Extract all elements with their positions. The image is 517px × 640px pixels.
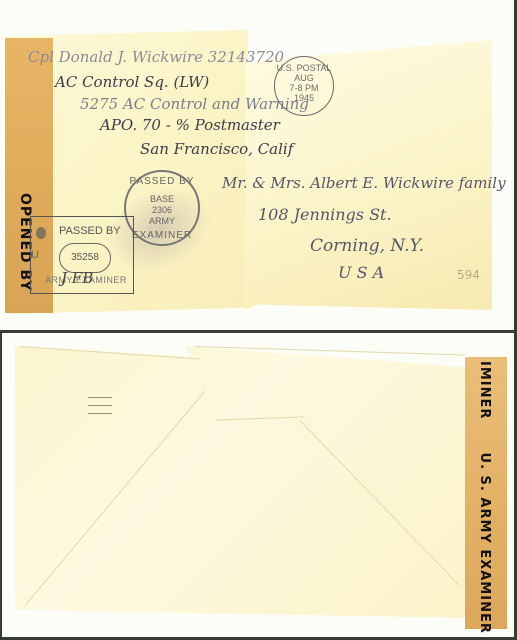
- postmark-line: 1945: [275, 93, 333, 103]
- recipient-line: U S A: [338, 263, 384, 282]
- recipient-line: Mr. & Mrs. Albert E. Wickwire family: [222, 174, 506, 192]
- passed-by-censor-box: U PASSED BY 35258 ARMY EXAMINER J FB: [30, 216, 134, 294]
- frame-border-left: [0, 330, 2, 640]
- base-examiner-stamp: PASSED BY BASE 2306 ARMY EXAMINER: [124, 170, 200, 246]
- postmark-line: AUG: [275, 73, 333, 83]
- stamp-bottom-text: EXAMINER: [126, 230, 198, 241]
- postmark-stamp: U.S. POSTAL AUG 7-8 PM 1945: [274, 56, 334, 116]
- censor-tape-label: IMINER U. S. ARMY EXAMINER: [477, 361, 492, 623]
- sender-line: APO. 70 - % Postmaster: [100, 116, 280, 134]
- stamp-line: 2306: [126, 205, 198, 216]
- censor-tape-back: IMINER U. S. ARMY EXAMINER: [465, 357, 507, 629]
- pencil-note: 594: [457, 268, 480, 282]
- stamp-line: ARMY: [126, 216, 198, 227]
- frame-separator: [0, 330, 517, 333]
- recipient-line: 108 Jennings St.: [258, 205, 392, 224]
- sender-line: San Francisco, Calif: [140, 140, 293, 158]
- recipient-line: Corning, N.Y.: [310, 236, 424, 256]
- meter-marks: [88, 397, 112, 421]
- sender-line: Cpl Donald J. Wickwire 32143720: [28, 48, 284, 66]
- sender-line: AC Control Sq. (LW): [55, 73, 209, 91]
- stamp-line: BASE: [126, 194, 198, 205]
- censor-initials: J FB: [61, 269, 93, 287]
- censor-top-text: PASSED BY: [59, 225, 121, 237]
- postmark-line: U.S. POSTAL: [275, 63, 333, 73]
- envelope-back-panel: [15, 346, 475, 618]
- censor-prefix: U: [31, 249, 39, 261]
- stamp-top-text: PASSED BY: [126, 176, 198, 187]
- postmark-line: 7-8 PM: [275, 83, 333, 93]
